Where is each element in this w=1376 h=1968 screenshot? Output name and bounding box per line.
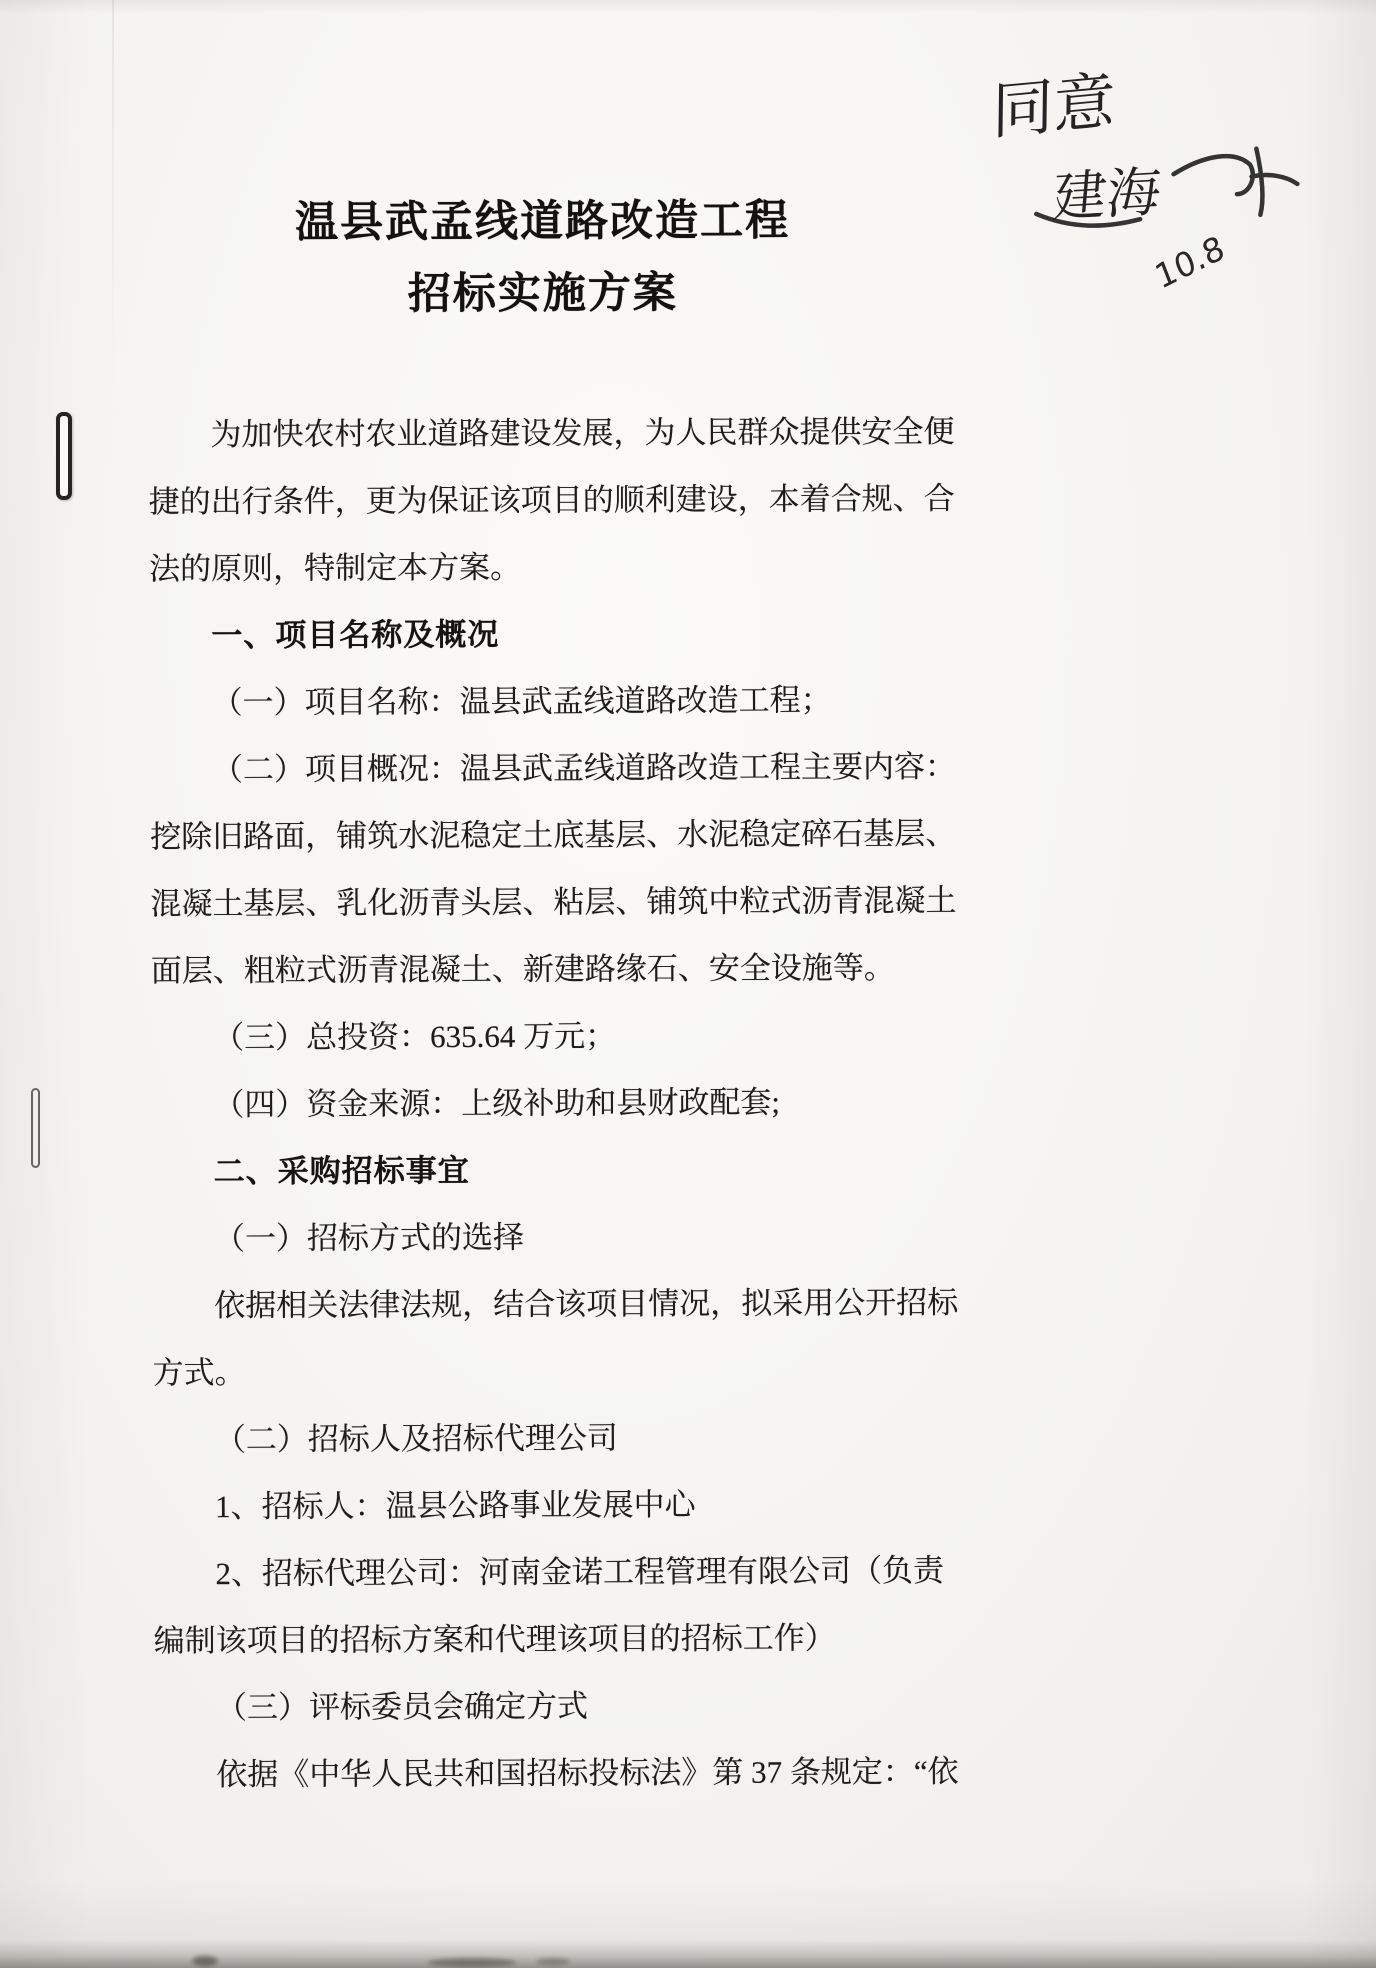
text-line: 1、招标人：温县公路事业发展中心: [153, 1470, 953, 1540]
text-line: （三）评标委员会确定方式: [154, 1671, 954, 1741]
text-line: （三）总投资：635.64 万元；: [151, 1001, 951, 1071]
text-line: （二）招标人及招标代理公司: [153, 1403, 953, 1473]
text-line: 依据《中华人民共和国招标投标法》第 37 条规定：“依: [154, 1738, 954, 1808]
title-line-2: 招标实施方案: [148, 257, 938, 332]
scanned-document-page: 温县武孟线道路改造工程 招标实施方案 为加快农村农业道路建设发展，为人民群众提供…: [0, 0, 1376, 1968]
title-line-1: 温县武孟线道路改造工程: [147, 185, 937, 260]
staple-mark: [31, 1088, 40, 1168]
scan-smudge: [192, 1956, 218, 1966]
text-line: 编制该项目的招标方案和代理该项目的招标工作）: [154, 1604, 954, 1674]
text-line: 挖除旧路面，铺筑水泥稳定土底基层、水泥稳定碎石基层、: [150, 800, 950, 870]
section-heading: 二、采购招标事宜: [152, 1135, 952, 1205]
signature-flourish-strokes: [951, 40, 1376, 323]
text-line: 2、招标代理公司：河南金诺工程管理有限公司（负责: [153, 1537, 953, 1607]
section-heading: 一、项目名称及概况: [149, 599, 949, 669]
handwritten-annotation: 同意 建海 10.8: [951, 40, 1376, 323]
text-line: （二）项目概况：温县武孟线道路改造工程主要内容：: [150, 733, 950, 803]
paper-crease: [112, 0, 114, 420]
text-line: 混凝土基层、乳化沥青头层、粘层、铺筑中粒式沥青混凝土: [150, 867, 950, 937]
scan-smudge: [428, 1958, 516, 1967]
text-line: 依据相关法律法规，结合该项目情况，拟采用公开招标: [152, 1269, 952, 1339]
text-line: 方式。: [152, 1336, 952, 1406]
page-content: 温县武孟线道路改造工程 招标实施方案 为加快农村农业道路建设发展，为人民群众提供…: [0, 0, 1376, 1968]
document-title: 温县武孟线道路改造工程 招标实施方案: [147, 185, 938, 332]
text-line: （四）资金来源：上级补助和县财政配套;: [151, 1068, 951, 1138]
staple-mark: [56, 412, 72, 500]
text-line: （一）招标方式的选择: [152, 1202, 952, 1272]
text-line: （一）项目名称：温县武孟线道路改造工程；: [149, 666, 949, 736]
text-line: 捷的出行条件，更为保证该项目的顺利建设，本着合规、合: [149, 465, 949, 535]
document-body: 为加快农村农业道路建设发展，为人民群众提供安全便 捷的出行条件，更为保证该项目的…: [148, 398, 954, 1808]
text-line: 法的原则，特制定本方案。: [149, 532, 949, 602]
scan-smudge: [536, 1958, 570, 1965]
text-line: 为加快农村农业道路建设发展，为人民群众提供安全便: [148, 398, 948, 468]
text-line: 面层、粗粒式沥青混凝土、新建路缘石、安全设施等。: [151, 934, 951, 1004]
